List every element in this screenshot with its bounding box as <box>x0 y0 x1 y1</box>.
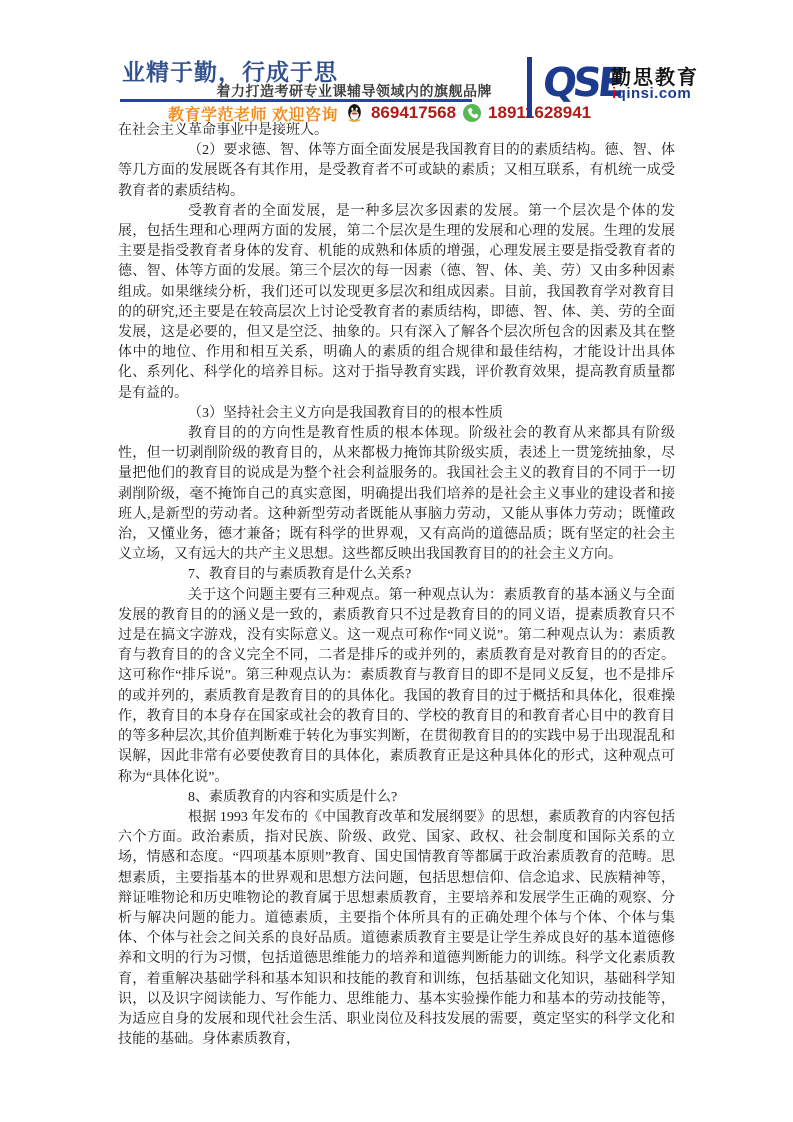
paragraph: 关于这个问题主要有三种观点。第一种观点认为：素质教育的基本涵义与全面发展的教育目… <box>118 586 675 788</box>
paragraph: 在社会主义革命事业中是接班人。 <box>118 121 675 141</box>
phone-icon <box>463 104 481 122</box>
document-body: 在社会主义革命事业中是接班人。（2）要求德、智、体等方面全面发展是我国教育目的的… <box>118 121 675 1050</box>
paragraph: 教育目的的方向性是教育性质的根本体现。阶级社会的教育从来都具有阶级性，但一切剥削… <box>118 424 675 565</box>
phone-number: 18911628941 <box>488 103 591 123</box>
logo-site-text: iqinsi.com <box>612 85 691 102</box>
qq-number: 869417568 <box>371 103 456 123</box>
logo-site-rest: qinsi.com <box>617 85 692 102</box>
logo-divider-bar <box>527 57 532 118</box>
paragraph: 8、素质教育的内容和实质是什么? <box>118 788 675 808</box>
scanned-document-page: 业精于勤，行成于思 着力打造考研专业课辅导领域内的旗舰品牌 教育学范老师 欢迎咨… <box>0 0 793 1122</box>
brand-tagline: 着力打造考研专业课辅导领域内的旗舰品牌 <box>120 81 492 101</box>
paragraph: 7、教育目的与素质教育是什么关系? <box>118 565 675 585</box>
paragraph: 受教育者的全面发展，是一种多层次多因素的发展。第一个层次是个体的发展，包括生理和… <box>118 202 675 404</box>
paragraph: 根据 1993 年发布的《中国教育改革和发展纲要》的思想，素质教育的内容包括六个… <box>118 808 675 1050</box>
qq-penguin-icon <box>345 103 364 123</box>
paragraph: （3）坚持社会主义方向是我国教育目的的根本性质 <box>118 404 675 424</box>
paragraph: （2）要求德、智、体等方面全面发展是我国教育目的的素质结构。德、智、体等几方面的… <box>118 141 675 202</box>
